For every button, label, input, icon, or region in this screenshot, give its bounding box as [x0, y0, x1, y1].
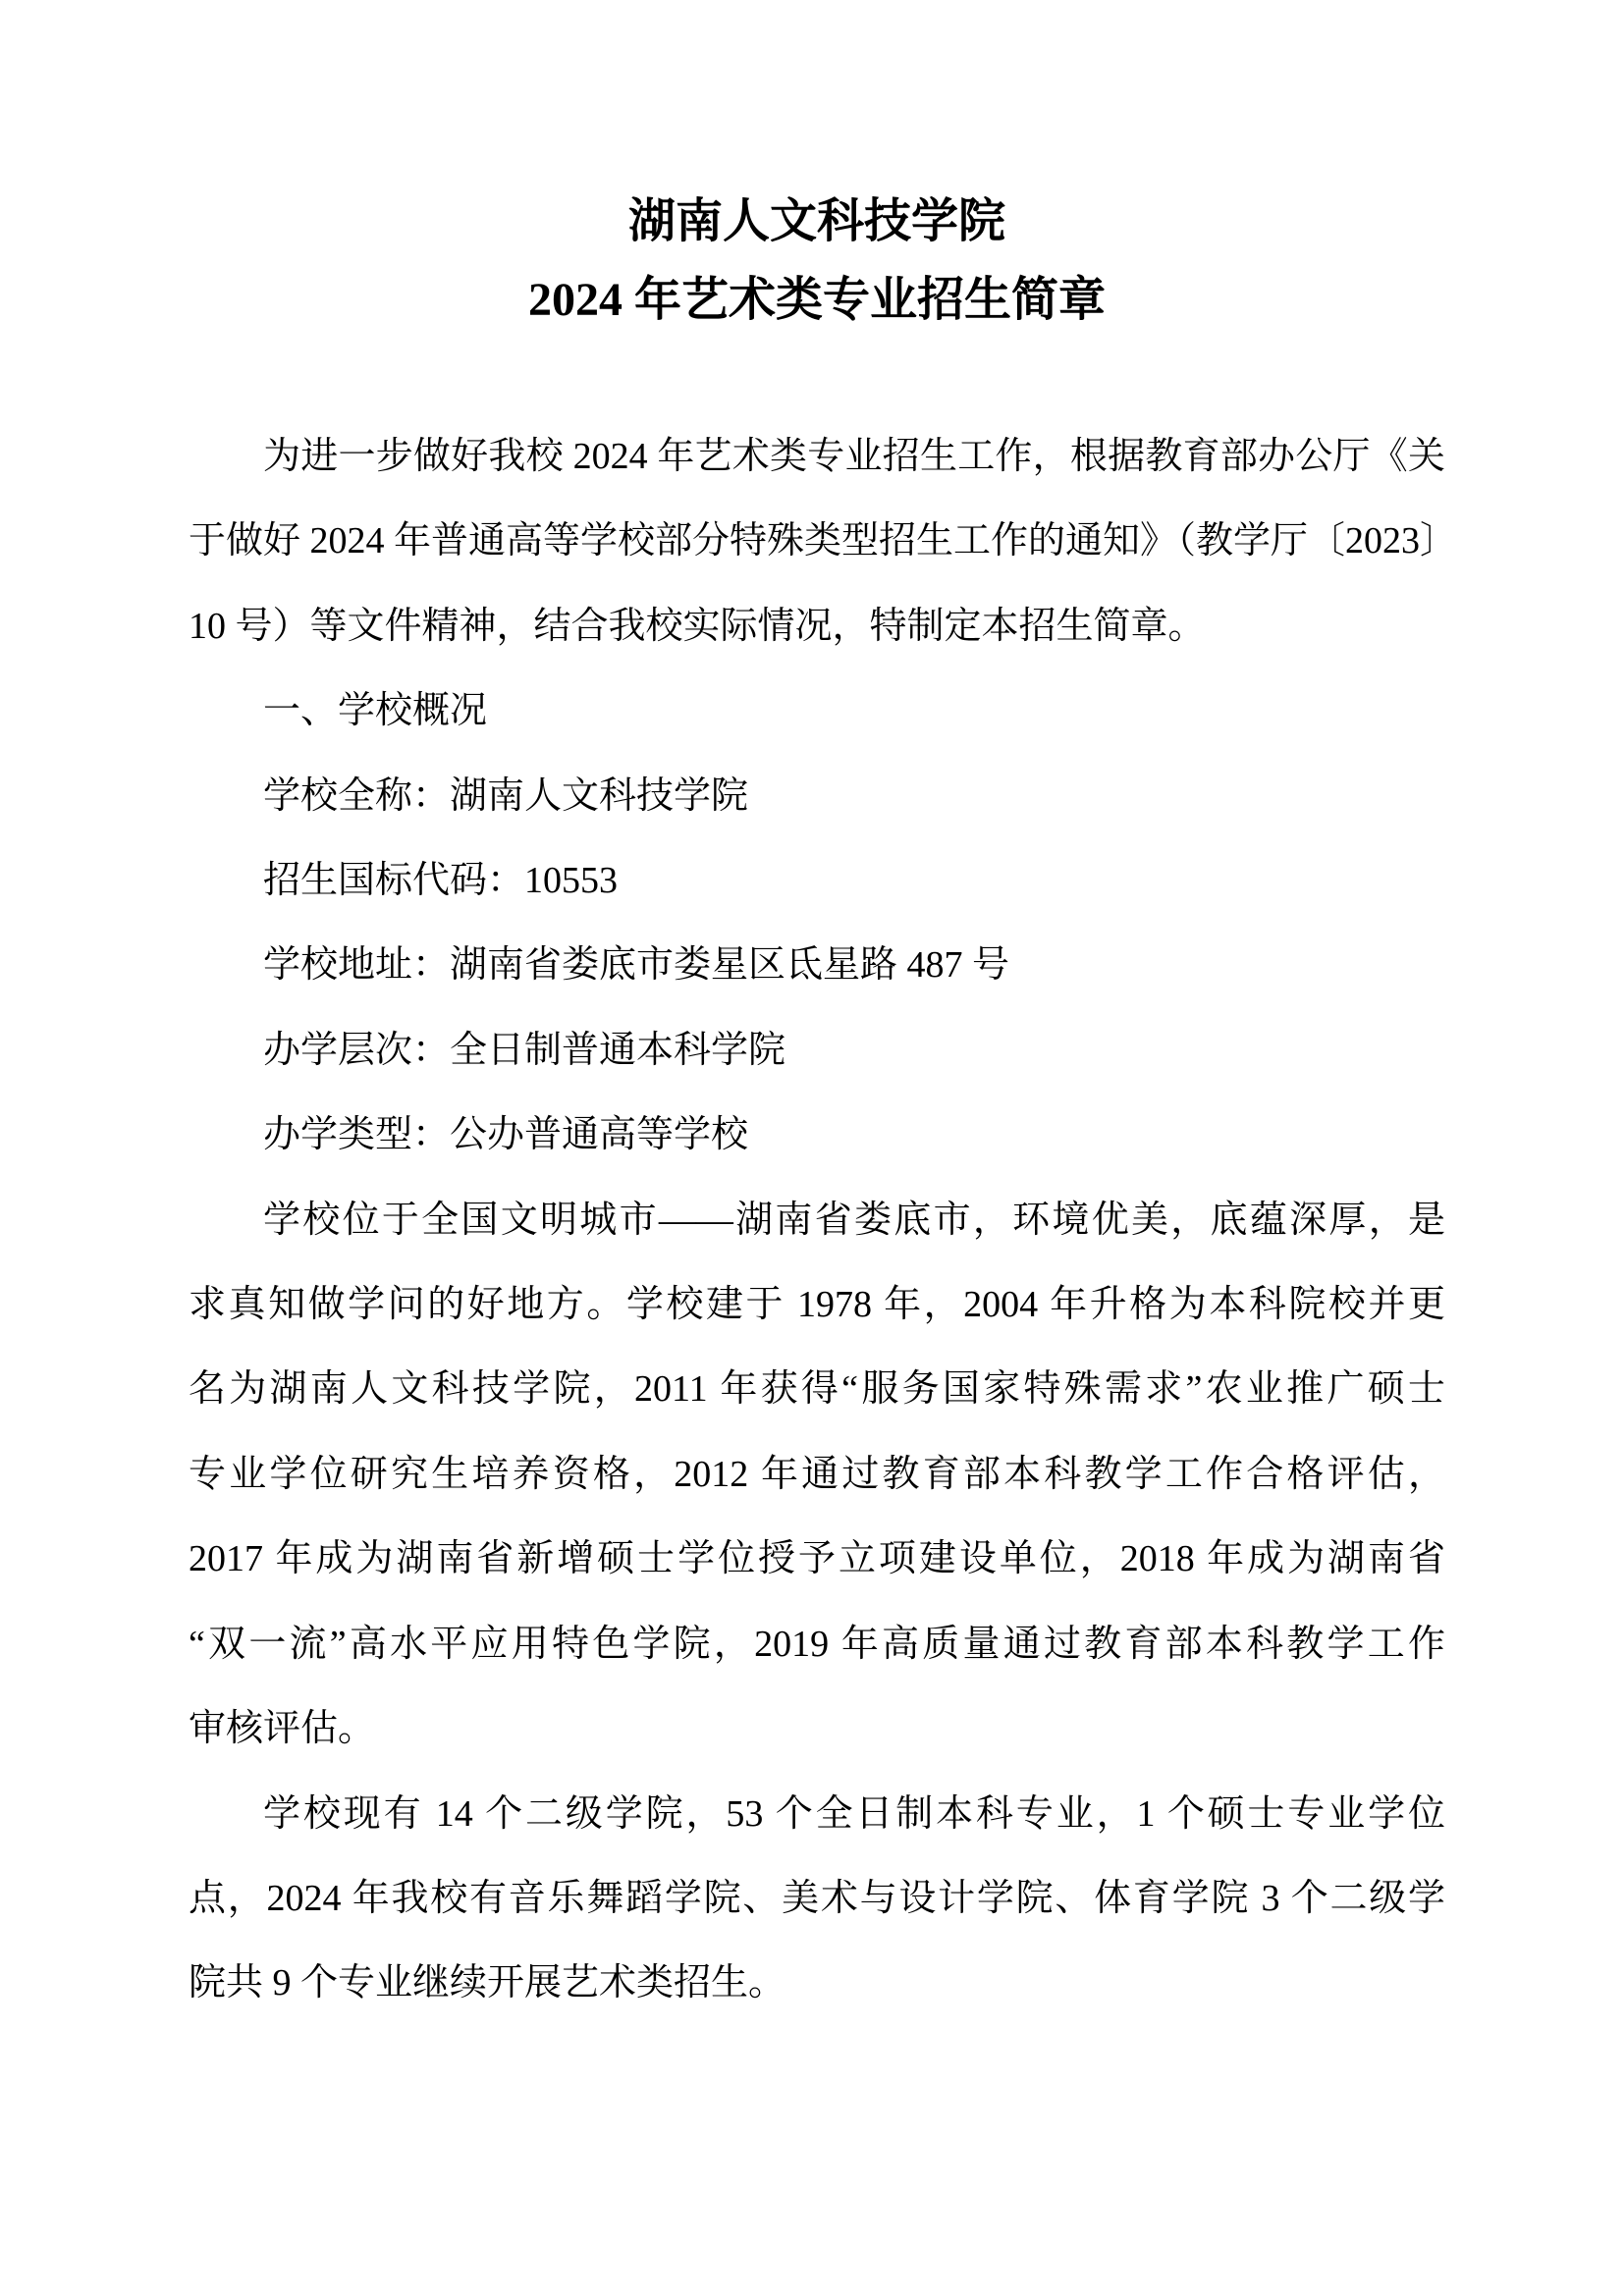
history-line-3: 名为湖南人文科技学院，2011 年获得“服务国家特殊需求”农业推广硕士	[189, 1347, 1445, 1431]
colleges-line-2: 点，2024 年我校有音乐舞蹈学院、美术与设计学院、体育学院 3 个二级学	[189, 1856, 1445, 1941]
history-line-5: 2017 年成为湖南省新增硕士学位授予立项建设单位，2018 年成为湖南省	[189, 1517, 1445, 1601]
intro-line-3: 10 号）等文件精神，结合我校实际情况，特制定本招生简章。	[189, 584, 1445, 668]
history-line-4: 专业学位研究生培养资格，2012 年通过教育部本科教学工作合格评估，	[189, 1432, 1445, 1517]
title-body-spacer	[189, 340, 1445, 414]
intro-line-1: 为进一步做好我校 2024 年艺术类专业招生工作，根据教育部办公厅《关	[189, 414, 1445, 499]
info-line-national-code: 招生国标代码：10553	[189, 838, 1445, 923]
document-title-line-1: 湖南人文科技学院	[189, 183, 1445, 261]
history-line-7: 审核评估。	[189, 1686, 1445, 1771]
info-line-school-type: 办学类型：公办普通高等学校	[189, 1093, 1445, 1177]
info-line-education-level: 办学层次：全日制普通本科学院	[189, 1008, 1445, 1093]
colleges-line-3: 院共 9 个专业继续开展艺术类招生。	[189, 1941, 1445, 2025]
section-heading-overview: 一、学校概况	[189, 668, 1445, 753]
info-line-school-name: 学校全称：湖南人文科技学院	[189, 754, 1445, 838]
info-line-address: 学校地址：湖南省娄底市娄星区氐星路 487 号	[189, 923, 1445, 1007]
document-page: 湖南人文科技学院 2024 年艺术类专业招生简章 为进一步做好我校 2024 年…	[0, 0, 1624, 2296]
history-line-2: 求真知做学问的好地方。学校建于 1978 年，2004 年升格为本科院校并更	[189, 1262, 1445, 1347]
intro-line-2: 于做好 2024 年普通高等学校部分特殊类型招生工作的通知》（教学厅〔2023〕	[189, 499, 1445, 583]
history-line-6: “双一流”高水平应用特色学院，2019 年高质量通过教育部本科教学工作	[189, 1602, 1445, 1686]
colleges-line-1: 学校现有 14 个二级学院，53 个全日制本科专业，1 个硕士专业学位	[189, 1772, 1445, 1856]
history-line-1: 学校位于全国文明城市——湖南省娄底市，环境优美，底蕴深厚，是	[189, 1178, 1445, 1262]
document-title-line-2: 2024 年艺术类专业招生简章	[189, 261, 1445, 340]
